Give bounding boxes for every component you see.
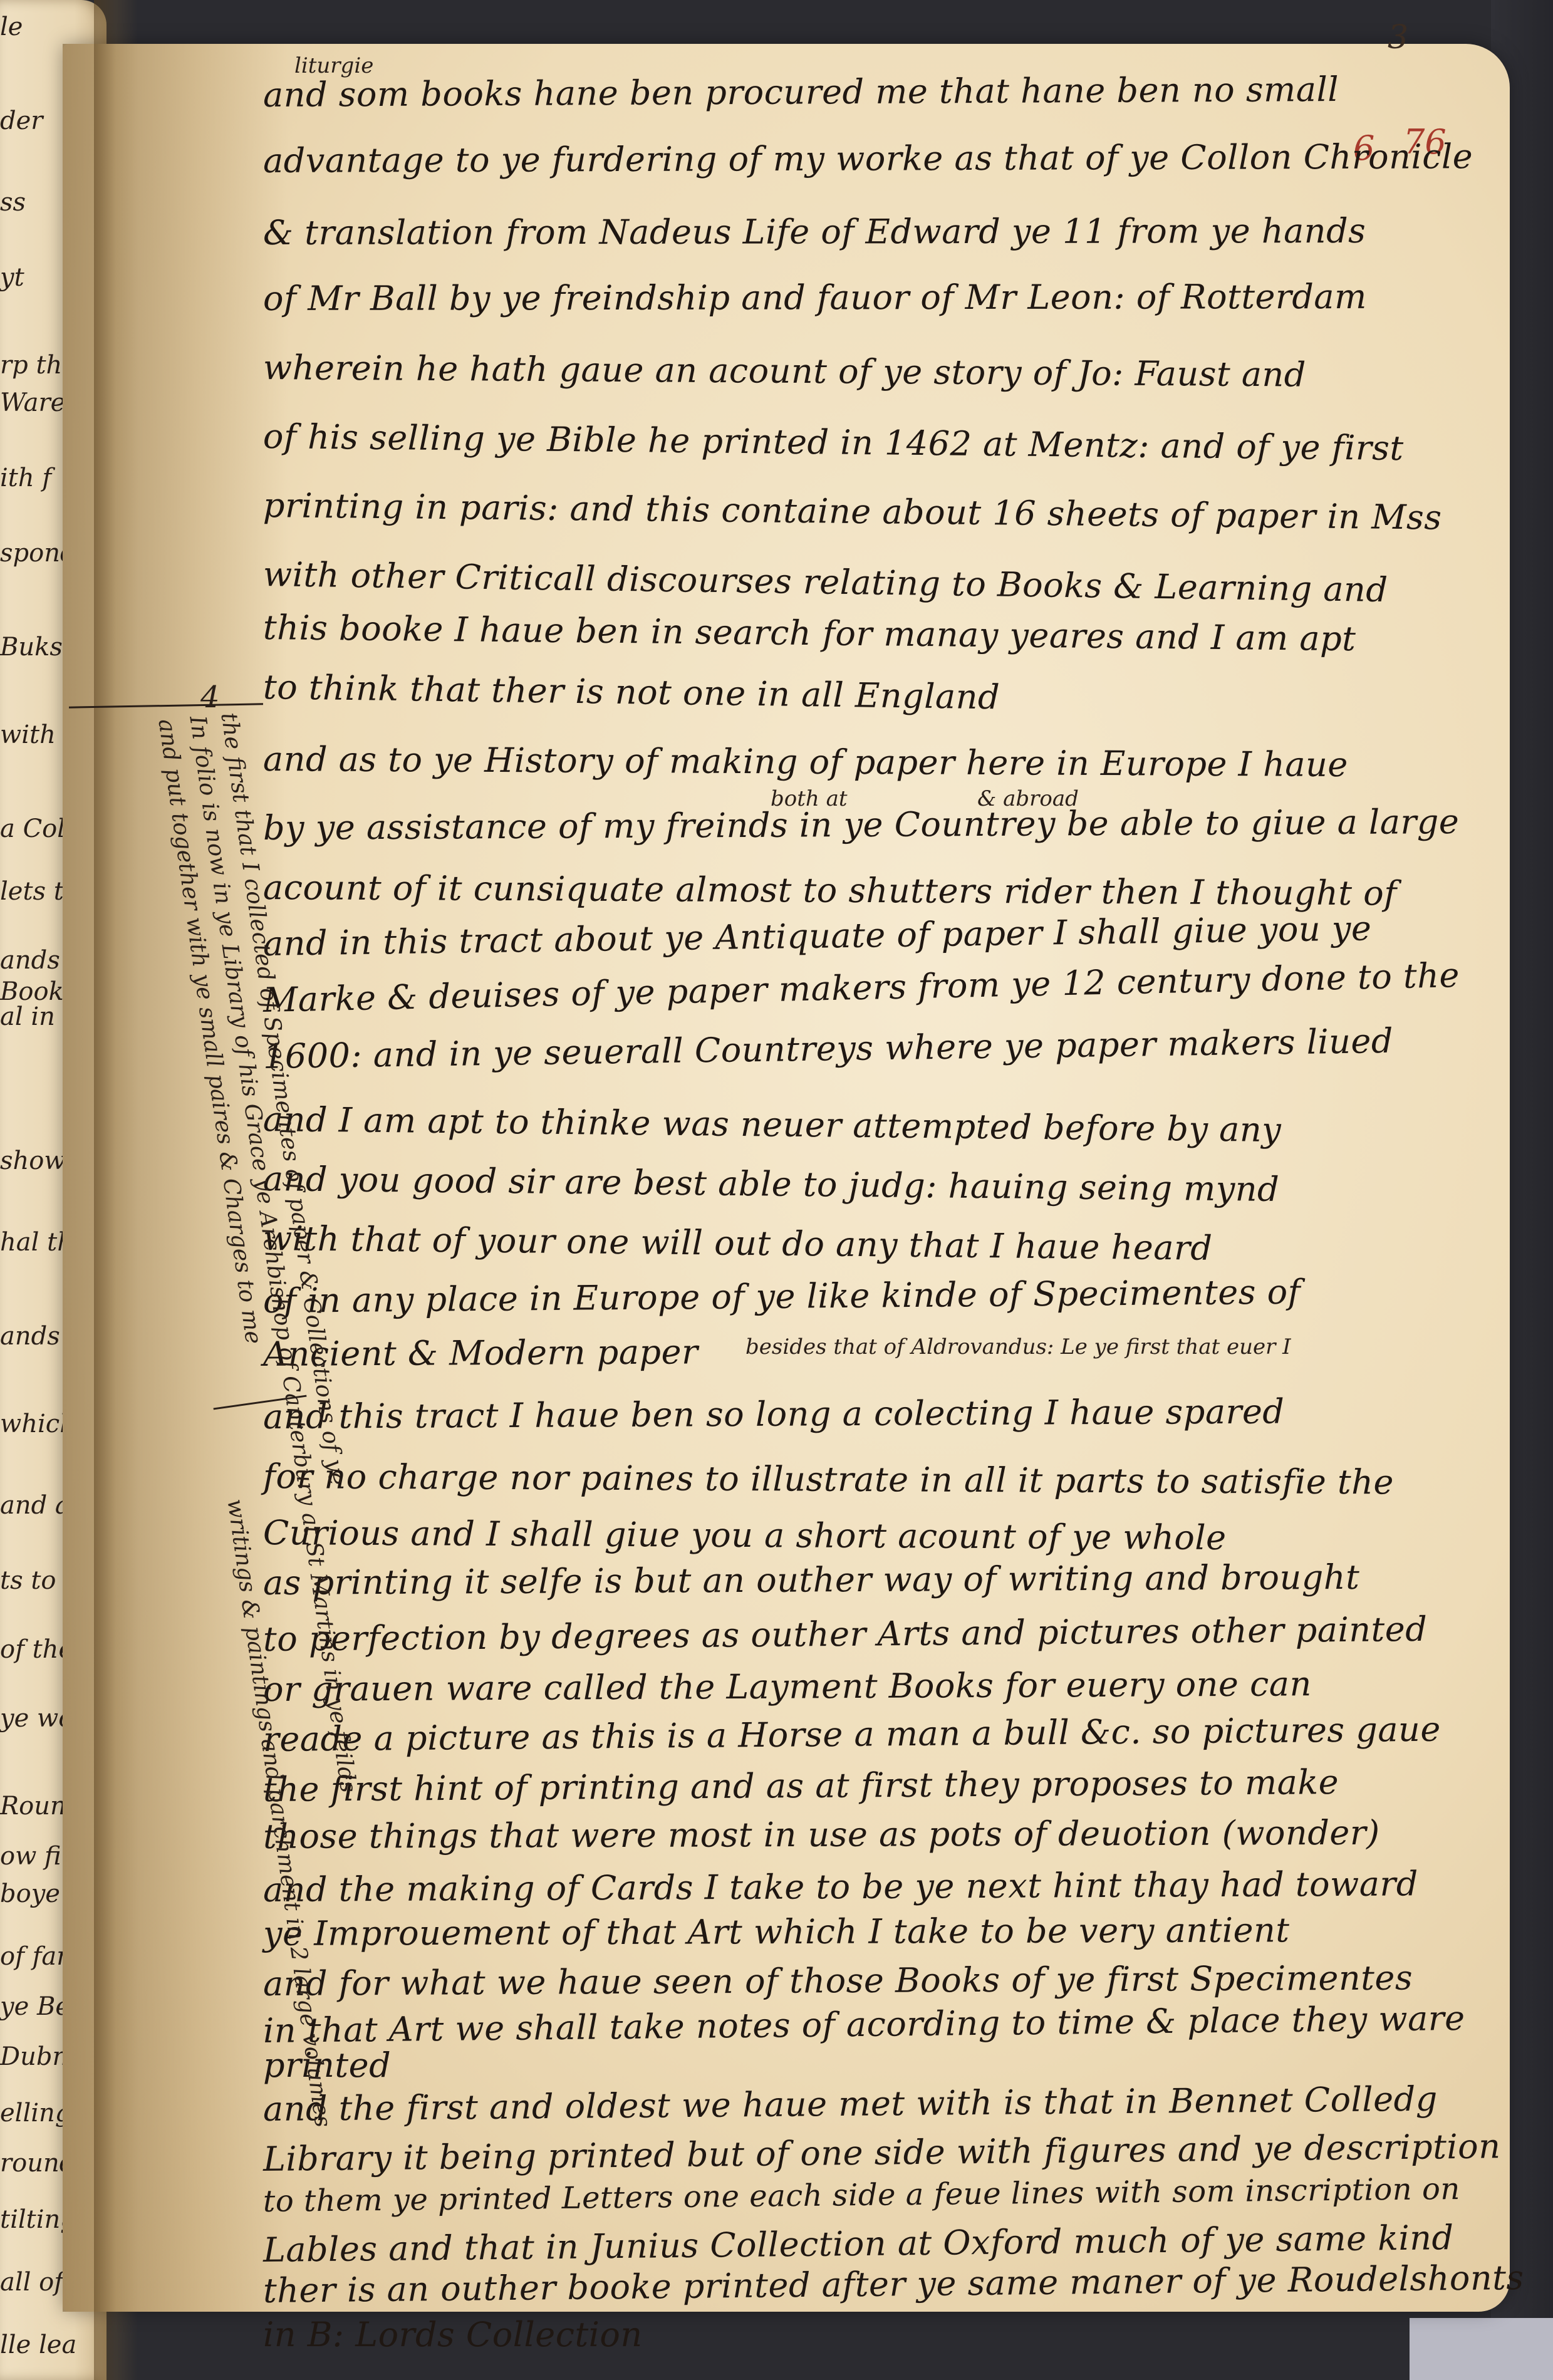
text-line: and som books hane ben procured me that …	[263, 72, 1491, 112]
verso-fragment: ith f	[0, 464, 51, 492]
text-line: acount of it cunsiquate almost to shutte…	[263, 871, 1491, 911]
text-line: printed	[263, 2049, 1491, 2082]
text-line: and this tract I haue ben so long a cole…	[263, 1394, 1491, 1434]
text-line: by ye assistance of my freinds in ye Cou…	[263, 805, 1491, 845]
text-line: those things that were most in use as po…	[263, 1816, 1491, 1854]
text-line: to perfection by degrees as outher Arts …	[263, 1612, 1491, 1656]
verso-fragment: lle lea	[0, 2331, 76, 2359]
verso-fragment: le	[0, 13, 23, 41]
verso-fragment: der	[0, 107, 43, 135]
text-line: the first hint of printing and as at fir…	[263, 1764, 1491, 1807]
verso-fragment: Buks	[0, 633, 63, 662]
inline-addition: besides that of Aldrovandus: Le ye first…	[745, 1334, 1291, 1359]
text-line: and as to ye History of making of paper …	[263, 742, 1491, 782]
verso-fragment: with	[0, 720, 56, 749]
text-line: and for what we haue seen of those Books…	[263, 1961, 1491, 2001]
text-line: and the making of Cards I take to be ye …	[263, 1867, 1491, 1907]
verso-fragment: Ware	[0, 388, 65, 417]
text-line: and the first and oldest we haue met wit…	[263, 2082, 1491, 2126]
margin-marker-number: 4	[200, 680, 220, 715]
text-line: of Mr Ball by ye freindship and fauor of…	[263, 280, 1491, 316]
folio-number: 3	[1388, 19, 1408, 56]
book-gutter	[94, 0, 138, 2380]
text-line: Curious and I shall giue you a short aco…	[263, 1516, 1491, 1556]
verso-fragment: ss	[0, 188, 26, 217]
text-line: ye Improuement of that Art which I take …	[263, 1913, 1491, 1951]
text-line: or grauen ware called the Layment Books …	[263, 1666, 1491, 1707]
text-line: for no charge nor paines to illustrate i…	[263, 1460, 1491, 1500]
verso-fragment: yt	[0, 263, 24, 292]
text-line: reade a picture as this is a Horse a man…	[263, 1712, 1491, 1757]
text-line: as printing it selfe is but an outher wa…	[263, 1560, 1491, 1600]
text-line: in B: Lords Collection	[263, 2318, 1491, 2352]
text-line: & translation from Nadeus Life of Edward…	[263, 214, 1491, 250]
text-line: advantage to ye furdering of my worke as…	[263, 140, 1491, 178]
